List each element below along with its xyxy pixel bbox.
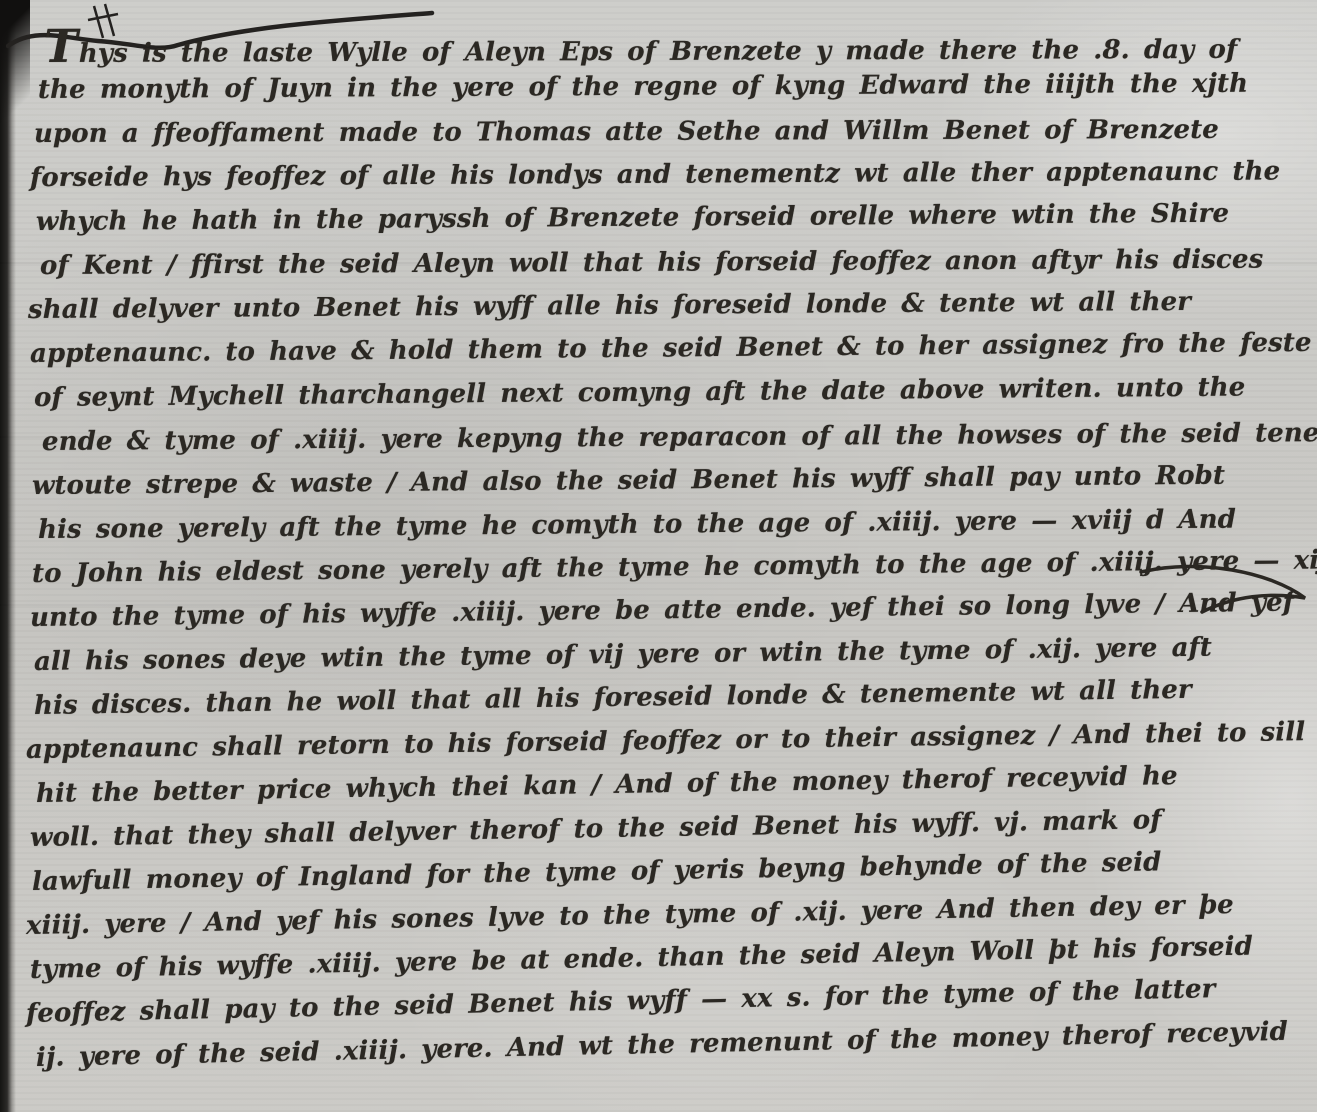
- manuscript-line: Thys is the laste Wylle of Aleyn Eps of …: [44, 20, 1281, 68]
- manuscript-line: whych he hath in the paryssh of Brenzete…: [36, 191, 1281, 244]
- scan-left-edge: [0, 0, 16, 1112]
- manuscript-line: the monyth of Juyn in the yere of the re…: [38, 61, 1281, 112]
- manuscript-line: upon a ffeoffament made to Thomas atte S…: [34, 108, 1281, 156]
- manuscript-text-block: Thys is the laste Wylle of Aleyn Eps of …: [38, 24, 1281, 1080]
- manuscript-scan-page: Thys is the laste Wylle of Aleyn Eps of …: [0, 0, 1317, 1112]
